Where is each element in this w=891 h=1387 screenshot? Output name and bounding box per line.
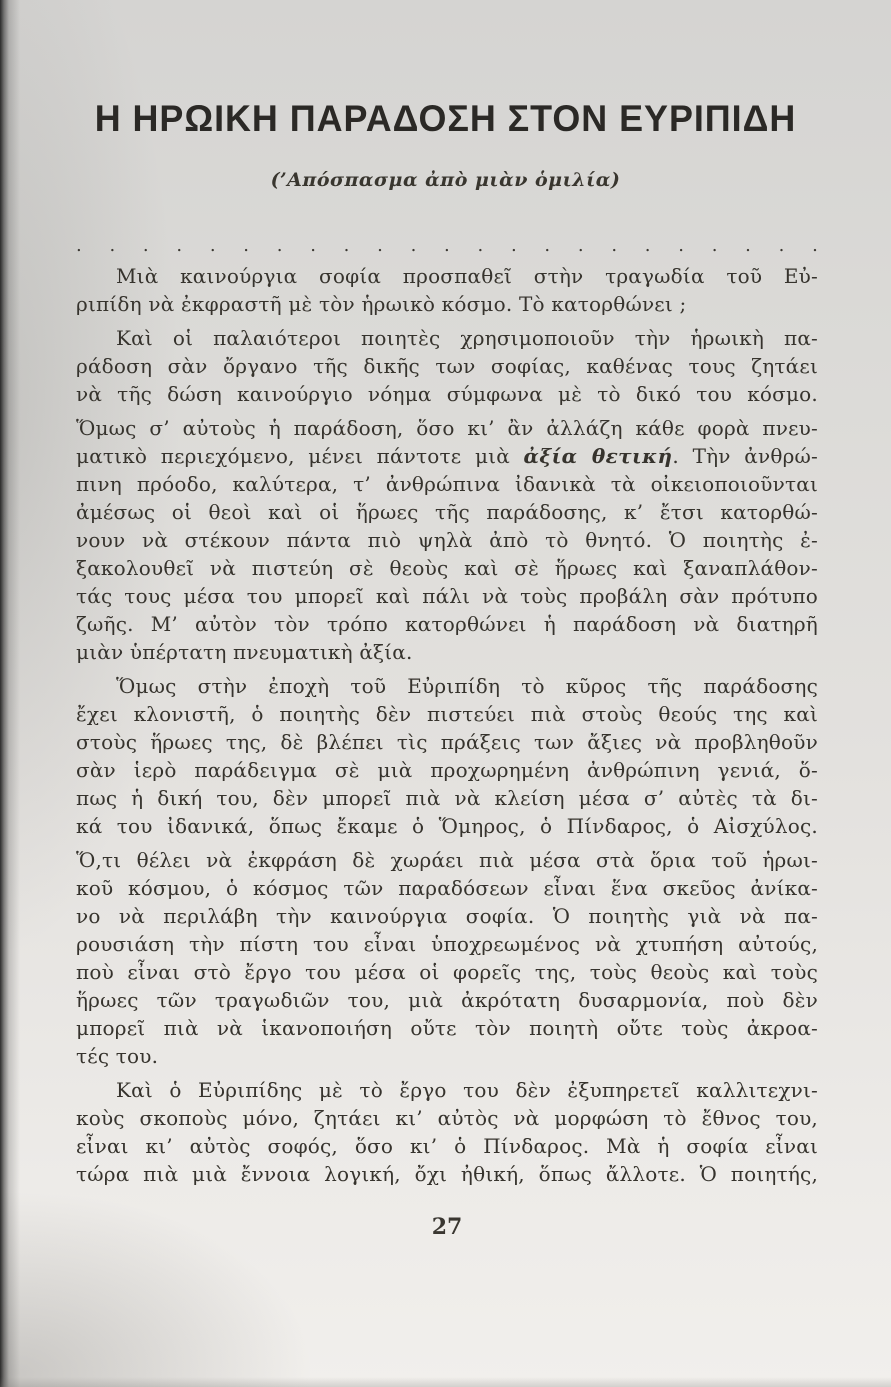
text-segment: Ὅμως στὴν ἐποχὴ τοῦ Εὐριπίδη τὸ κῦρος τῆ… (116, 674, 818, 698)
text-line: τές του. (76, 1042, 818, 1070)
scan-bottom-edge-shadow (0, 1377, 891, 1387)
text-segment: ματικὸ περιεχόμενο, μένει πάντοτε μιὰ (76, 444, 524, 468)
text-segment: . Τὴν ἀνθρώ- (672, 444, 818, 468)
text-segment: κοὺς σκοποὺς μόνο, ζητάει κι’ αὐτὸς νὰ μ… (76, 1106, 818, 1130)
paragraph: Καὶ ὁ Εὐριπίδης μὲ τὸ ἔργο του δὲν ἐξυπη… (76, 1076, 818, 1188)
text-segment: ριπίδη νὰ ἐκφραστῆ μὲ τὸν ἡρωικὸ κόσμο. … (76, 292, 686, 316)
text-segment: Καὶ οἱ παλαιότεροι ποιητὲς χρησιμοποιοῦν… (116, 326, 818, 350)
text-line: κοὺς σκοποὺς μόνο, ζητάει κι’ αὐτὸς νὰ μ… (76, 1104, 818, 1132)
page-title: Η ΗΡΩΙΚΗ ΠΑΡΑΔΟΣΗ ΣΤΟΝ ΕΥΡΙΠΙΔΗ (13, 98, 877, 140)
text-segment: πινη πρόοδο, καλύτερα, τ’ ἀνθρώπινα ἰδαν… (76, 472, 818, 496)
text-segment: κοῦ κόσμου, ὁ κόσμος τῶν παραδόσεων εἶνα… (76, 876, 818, 900)
text-segment: τώρα πιὰ μιὰ ἔννοια λογική, ὄχι ἠθική, ὅ… (76, 1162, 818, 1186)
paragraph: Ὅ,τι θέλει νὰ ἐκφράση δὲ χωράει πιὰ μέσα… (76, 846, 818, 1070)
text-segment: Ὅμως σ’ αὐτοὺς ἡ παράδοση, ὅσο κι’ ἂν ἀλ… (76, 416, 818, 440)
text-segment: κά του ἰδανικά, ὅπως ἔκαμε ὁ Ὅμηρος, ὁ Π… (76, 814, 818, 838)
text-line: ἥρωες τῶν τραγωδιῶν του, μιὰ ἀκρότατη δυ… (76, 986, 818, 1014)
text-line: εἶναι κι’ αὐτὸς σοφός, ὅσο κι’ ὁ Πίνδαρο… (76, 1132, 818, 1160)
text-line: ριπίδη νὰ ἐκφραστῆ μὲ τὸν ἡρωικὸ κόσμο. … (76, 290, 818, 318)
page-subtitle: (’Απόσπασμα ἀπὸ μιὰν ὁμιλία) (0, 169, 891, 191)
text-segment: μπορεῖ πιὰ νὰ ἱκανοποιήση οὔτε τὸν ποιητ… (76, 1016, 818, 1040)
text-segment: ράδοση σὰν ὄργανο τῆς δικῆς των σοφίας, … (76, 354, 818, 378)
text-segment: τές του. (76, 1044, 158, 1068)
text-segment: στοὺς ἥρωες της, δὲ βλέπει τὶς πράξεις τ… (76, 730, 818, 754)
text-line: πινη πρόοδο, καλύτερα, τ’ ἀνθρώπινα ἰδαν… (76, 470, 818, 498)
text-segment: τάς τους μέσα του μπορεῖ καὶ πάλι νὰ τοὺ… (76, 584, 818, 608)
text-segment: Μιὰ καινούργια σοφία προσπαθεῖ στὴν τραγ… (116, 264, 818, 288)
text-line: ξακολουθεῖ νὰ πιστεύη σὲ θεοὺς καὶ σὲ ἥρ… (76, 554, 818, 582)
text-line: ρουσιάση τὴν πίστη του εἶναι ὑποχρεωμένο… (76, 930, 818, 958)
text-segment: νὰ τῆς δώση καινούργιο νόημα σύμφωνα μὲ … (76, 382, 818, 406)
text-line: κά του ἰδανικά, ὅπως ἔκαμε ὁ Ὅμηρος, ὁ Π… (76, 812, 818, 840)
text-line: τάς τους μέσα του μπορεῖ καὶ πάλι νὰ τοὺ… (76, 582, 818, 610)
text-line: ἀμέσως οἱ θεοὶ καὶ οἱ ἥρωες τῆς παράδοση… (76, 498, 818, 526)
text-line: ἔχει κλονιστῆ, ὁ ποιητὴς δὲν πιστεύει πι… (76, 700, 818, 728)
ellipsis-row: . . . . . . . . . . . . . . . . . . . . … (76, 232, 818, 260)
text-segment: ζωῆς. Μ’ αὐτὸν τὸν τρόπο κατορθώνει ἡ πα… (76, 612, 818, 636)
text-segment: εἶναι κι’ αὐτὸς σοφός, ὅσο κι’ ὁ Πίνδαρο… (76, 1134, 818, 1158)
text-line: Ὅμως στὴν ἐποχὴ τοῦ Εὐριπίδη τὸ κῦρος τῆ… (76, 672, 818, 700)
text-line: στοὺς ἥρωες της, δὲ βλέπει τὶς πράξεις τ… (76, 728, 818, 756)
page-number: 27 (76, 1214, 818, 1240)
text-segment: μιὰν ὑπέρτατη πνευματικὴ ἀξία. (76, 640, 413, 664)
paragraph: Μιὰ καινούργια σοφία προσπαθεῖ στὴν τραγ… (76, 262, 818, 318)
text-line: πως ἡ δική του, δὲν μπορεῖ πιὰ νὰ κλείση… (76, 784, 818, 812)
emphasized-phrase: ἀξία θετική (524, 444, 673, 468)
scan-left-edge-shadow (0, 0, 20, 1387)
text-segment: ἀμέσως οἱ θεοὶ καὶ οἱ ἥρωες τῆς παράδοση… (76, 500, 818, 524)
text-line: Ὅμως σ’ αὐτοὺς ἡ παράδοση, ὅσο κι’ ἂν ἀλ… (76, 414, 818, 442)
paragraph: Καὶ οἱ παλαιότεροι ποιητὲς χρησιμοποιοῦν… (76, 324, 818, 408)
text-segment: νο νὰ περιλάβη τὴν καινούργια σοφία. Ὁ π… (76, 904, 818, 928)
text-line: ματικὸ περιεχόμενο, μένει πάντοτε μιὰ ἀξ… (76, 442, 818, 470)
text-line: μιὰν ὑπέρτατη πνευματικὴ ἀξία. (76, 638, 818, 666)
text-segment: ρουσιάση τὴν πίστη του εἶναι ὑποχρεωμένο… (76, 932, 818, 956)
text-line: μπορεῖ πιὰ νὰ ἱκανοποιήση οὔτε τὸν ποιητ… (76, 1014, 818, 1042)
text-segment: πως ἡ δική του, δὲν μπορεῖ πιὰ νὰ κλείση… (76, 786, 818, 810)
text-line: νὰ τῆς δώση καινούργιο νόημα σύμφωνα μὲ … (76, 380, 818, 408)
text-line: ράδοση σὰν ὄργανο τῆς δικῆς των σοφίας, … (76, 352, 818, 380)
text-segment: ἥρωες τῶν τραγωδιῶν του, μιὰ ἀκρότατη δυ… (76, 988, 818, 1012)
text-segment: ξακολουθεῖ νὰ πιστεύη σὲ θεοὺς καὶ σὲ ἥρ… (76, 556, 818, 580)
scanned-book-page: Η ΗΡΩΙΚΗ ΠΑΡΑΔΟΣΗ ΣΤΟΝ ΕΥΡΙΠΙΔΗ (’Απόσπα… (0, 0, 891, 1387)
text-line: νο νὰ περιλάβη τὴν καινούργια σοφία. Ὁ π… (76, 902, 818, 930)
text-line: σὰν ἱερὸ παράδειγμα σὲ μιὰ προχωρημένη ἀ… (76, 756, 818, 784)
text-segment: Καὶ ὁ Εὐριπίδης μὲ τὸ ἔργο του δὲν ἐξυπη… (116, 1078, 818, 1102)
text-line: Μιὰ καινούργια σοφία προσπαθεῖ στὴν τραγ… (76, 262, 818, 290)
text-line: ζωῆς. Μ’ αὐτὸν τὸν τρόπο κατορθώνει ἡ πα… (76, 610, 818, 638)
body-text: . . . . . . . . . . . . . . . . . . . . … (76, 232, 818, 1188)
text-segment: νουν νὰ στέκουν πάντα πιὸ ψηλὰ ἀπὸ τὸ θν… (76, 528, 818, 552)
text-line: Ὅ,τι θέλει νὰ ἐκφράση δὲ χωράει πιὰ μέσα… (76, 846, 818, 874)
text-line: Καὶ ὁ Εὐριπίδης μὲ τὸ ἔργο του δὲν ἐξυπη… (76, 1076, 818, 1104)
text-segment: ποὺ εἶναι στὸ ἔργο του μέσα οἱ φορεῖς τη… (76, 960, 818, 984)
text-line: κοῦ κόσμου, ὁ κόσμος τῶν παραδόσεων εἶνα… (76, 874, 818, 902)
paragraph: Ὅμως σ’ αὐτοὺς ἡ παράδοση, ὅσο κι’ ἂν ἀλ… (76, 414, 818, 666)
text-segment: σὰν ἱερὸ παράδειγμα σὲ μιὰ προχωρημένη ἀ… (76, 758, 818, 782)
text-line: νουν νὰ στέκουν πάντα πιὸ ψηλὰ ἀπὸ τὸ θν… (76, 526, 818, 554)
text-line: ποὺ εἶναι στὸ ἔργο του μέσα οἱ φορεῖς τη… (76, 958, 818, 986)
text-segment: ἔχει κλονιστῆ, ὁ ποιητὴς δὲν πιστεύει πι… (76, 702, 818, 726)
text-line: Καὶ οἱ παλαιότεροι ποιητὲς χρησιμοποιοῦν… (76, 324, 818, 352)
text-segment: Ὅ,τι θέλει νὰ ἐκφράση δὲ χωράει πιὰ μέσα… (76, 848, 818, 872)
paragraph: Ὅμως στὴν ἐποχὴ τοῦ Εὐριπίδη τὸ κῦρος τῆ… (76, 672, 818, 840)
text-line: τώρα πιὰ μιὰ ἔννοια λογική, ὄχι ἠθική, ὅ… (76, 1160, 818, 1188)
